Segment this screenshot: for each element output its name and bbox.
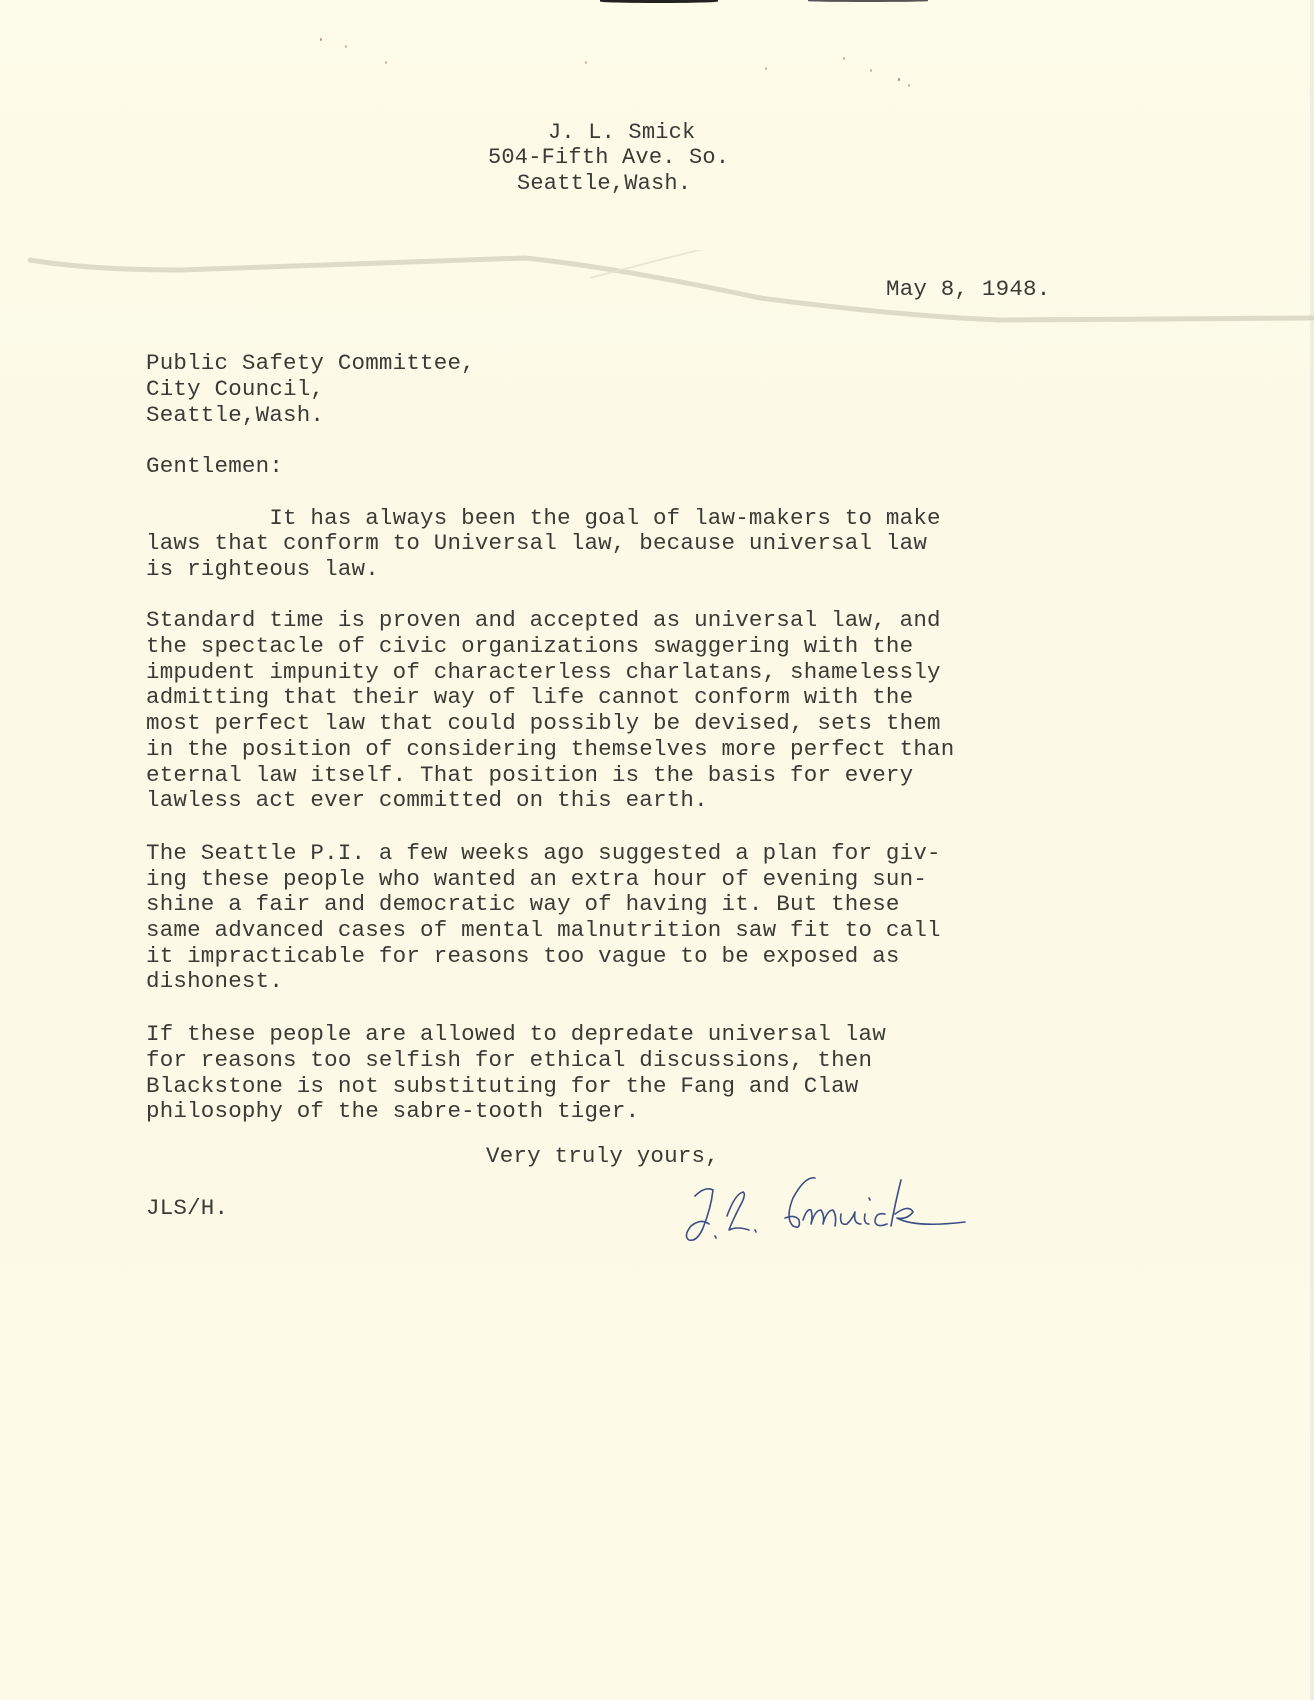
addressee-line: Public Safety Committee, — [146, 350, 475, 376]
paragraph-line: If these people are allowed to depredate… — [146, 1021, 886, 1047]
paragraph-line: ing these people who wanted an extra hou… — [146, 866, 927, 892]
scan-artifact — [600, 0, 718, 3]
closing: Very truly yours, — [486, 1143, 719, 1169]
paper-speck — [585, 61, 587, 64]
paragraph-line: laws that conform to Universal law, beca… — [146, 530, 927, 556]
paragraph-line: Blackstone is not substituting for the F… — [146, 1073, 859, 1099]
paragraph-line: same advanced cases of mental malnutriti… — [146, 917, 941, 943]
paper-speck — [898, 78, 900, 81]
paragraph-line: dishonest. — [146, 968, 283, 994]
paragraph-line: lawless act ever committed on this earth… — [146, 787, 708, 813]
paragraph-line: The Seattle P.I. a few weeks ago suggest… — [146, 840, 941, 866]
paragraph-line: It has always been the goal of law-maker… — [146, 505, 941, 531]
paragraph-line: it impracticable for reasons too vague t… — [146, 943, 900, 969]
handwritten-signature — [675, 1168, 1015, 1248]
salutation: Gentlemen: — [146, 453, 283, 479]
paper-speck — [870, 69, 872, 72]
sender-city: Seattle,Wash. — [517, 171, 691, 197]
scan-artifact — [808, 0, 928, 2]
paragraph-line: in the position of considering themselve… — [146, 736, 954, 762]
page-edge — [1310, 0, 1314, 1700]
paragraph-line: admitting that their way of life cannot … — [146, 684, 913, 710]
paragraph-line: is righteous law. — [146, 556, 379, 582]
paper-speck — [320, 38, 322, 41]
reference-initials: JLS/H. — [146, 1195, 228, 1221]
paragraph-line: impudent impunity of characterless charl… — [146, 659, 941, 685]
paragraph-line: Standard time is proven and accepted as … — [146, 607, 941, 633]
paragraph-line: the spectacle of civic organizations swa… — [146, 633, 913, 659]
paragraph-line: for reasons too selfish for ethical disc… — [146, 1047, 872, 1073]
addressee-line: Seattle,Wash. — [146, 402, 324, 428]
paper-speck — [765, 67, 767, 70]
paragraph-line: eternal law itself. That position is the… — [146, 762, 913, 788]
paper-speck — [345, 45, 347, 48]
sender-street: 504-Fifth Ave. So. — [488, 145, 729, 171]
sender-name: J. L. Smick — [548, 120, 695, 146]
paper-speck — [385, 61, 387, 64]
paragraph-line: most perfect law that could possibly be … — [146, 710, 941, 736]
paragraph-line: philosophy of the sabre-tooth tiger. — [146, 1098, 639, 1124]
addressee-line: City Council, — [146, 376, 324, 402]
paper-speck — [843, 57, 845, 60]
letter-date: May 8, 1948. — [886, 276, 1050, 302]
paper-speck — [908, 84, 910, 87]
paragraph-line: shine a fair and democratic way of havin… — [146, 891, 900, 917]
